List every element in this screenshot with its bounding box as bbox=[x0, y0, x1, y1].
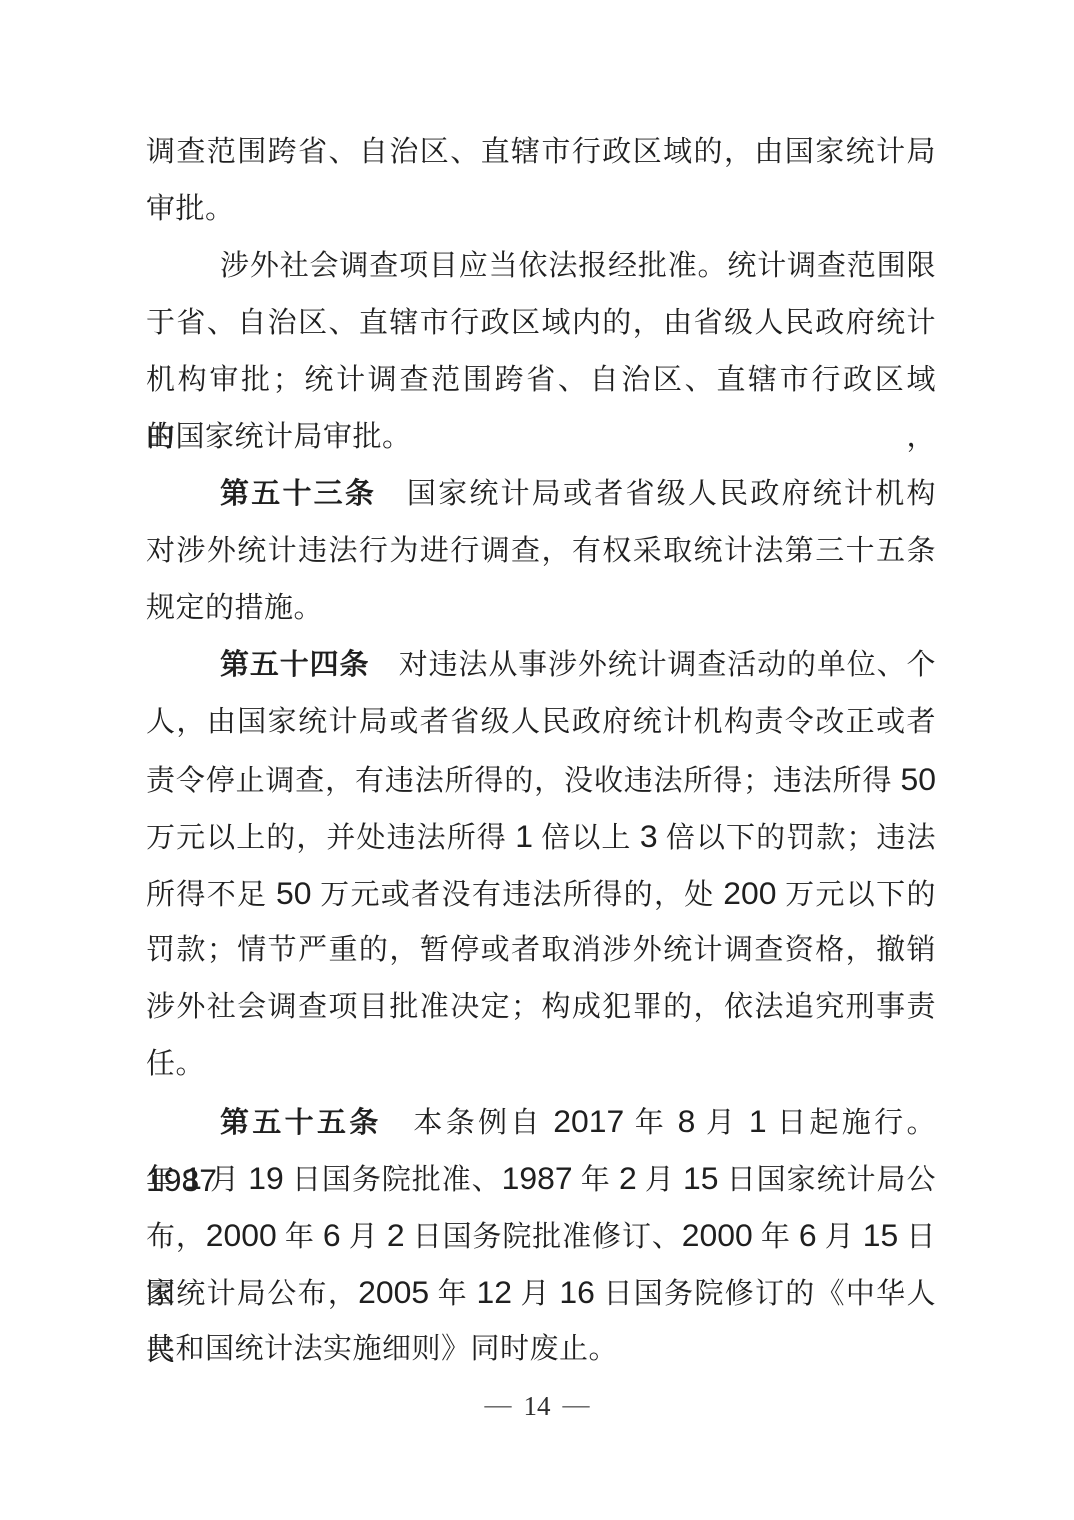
numeral: 2 bbox=[619, 1160, 637, 1196]
article-number: 第五十五条 bbox=[220, 1107, 382, 1139]
text-line: 第五十四条对违法从事涉外统计调查活动的单位、个 bbox=[146, 637, 936, 694]
numeral: 3 bbox=[640, 818, 658, 854]
text-block: 调查范围跨省、自治区、直辖市行政区域的，由国家统计局审批。涉外社会调查项目应当依… bbox=[146, 124, 936, 1378]
text-line: 责令停止调查，有违法所得的，没收违法所得；违法所得 50 bbox=[146, 751, 936, 808]
text-line: 布，2000 年 6 月 2 日国务院批准修订、2000 年 6 月 15 日国 bbox=[146, 1207, 936, 1264]
numeral: 19 bbox=[248, 1160, 283, 1196]
text-line: 第五十三条国家统计局或者省级人民政府统计机构 bbox=[146, 466, 936, 523]
text-line: 机构审批；统计调查范围跨省、自治区、直辖市行政区域的， bbox=[146, 352, 936, 409]
article-number: 第五十四条 bbox=[220, 649, 369, 681]
numeral: 200 bbox=[723, 875, 776, 911]
text-line: 规定的措施。 bbox=[146, 580, 936, 637]
numeral: 8 bbox=[678, 1103, 696, 1139]
text-line: 任。 bbox=[146, 1036, 936, 1093]
numeral: 1 bbox=[184, 1160, 202, 1196]
text-line: 罚款；情节严重的，暂停或者取消涉外统计调查资格，撤销 bbox=[146, 922, 936, 979]
text-line: 家统计局公布，2005 年 12 月 16 日国务院修订的《中华人民 bbox=[146, 1264, 936, 1321]
numeral: 6 bbox=[323, 1217, 341, 1253]
numeral: 6 bbox=[799, 1217, 817, 1253]
page-number: 14 bbox=[524, 1391, 551, 1421]
article-number: 第五十三条 bbox=[220, 478, 376, 510]
page-footer: —14— bbox=[0, 1386, 1074, 1426]
text-line: 共和国统计法实施细则》同时废止。 bbox=[146, 1321, 936, 1378]
text-line: 调查范围跨省、自治区、直辖市行政区域的，由国家统计局 bbox=[146, 124, 936, 181]
numeral: 16 bbox=[559, 1274, 594, 1310]
text-line: 万元以上的，并处违法所得 1 倍以上 3 倍以下的罚款；违法 bbox=[146, 808, 936, 865]
footer-dash-left: — bbox=[485, 1389, 512, 1419]
numeral: 2000 bbox=[682, 1217, 753, 1253]
numeral: 15 bbox=[683, 1160, 718, 1196]
text-line: 对涉外统计违法行为进行调查，有权采取统计法第三十五条 bbox=[146, 523, 936, 580]
numeral: 1 bbox=[749, 1103, 767, 1139]
numeral: 50 bbox=[901, 761, 936, 797]
text-line: 第五十五条本条例自 2017 年 8 月 1 日起施行。1987 bbox=[146, 1093, 936, 1150]
numeral: 2017 bbox=[553, 1103, 624, 1139]
numeral: 2 bbox=[387, 1217, 405, 1253]
text-line: 涉外社会调查项目应当依法报经批准。统计调查范围限 bbox=[146, 238, 936, 295]
text-line: 于省、自治区、直辖市行政区域内的，由省级人民政府统计 bbox=[146, 295, 936, 352]
text-line: 涉外社会调查项目批准决定；构成犯罪的，依法追究刑事责 bbox=[146, 979, 936, 1036]
text-line: 审批。 bbox=[146, 181, 936, 238]
footer-dash-right: — bbox=[563, 1389, 590, 1419]
numeral: 1987 bbox=[502, 1160, 573, 1196]
numeral: 2000 bbox=[206, 1217, 277, 1253]
numeral: 12 bbox=[477, 1274, 512, 1310]
document-page: 调查范围跨省、自治区、直辖市行政区域的，由国家统计局审批。涉外社会调查项目应当依… bbox=[0, 0, 1074, 1520]
text-line: 所得不足 50 万元或者没有违法所得的，处 200 万元以下的 bbox=[146, 865, 936, 922]
text-line: 年 1 月 19 日国务院批准、1987 年 2 月 15 日国家统计局公 bbox=[146, 1150, 936, 1207]
numeral: 15 bbox=[863, 1217, 898, 1253]
numeral: 50 bbox=[276, 875, 311, 911]
numeral: 2005 bbox=[358, 1274, 429, 1310]
text-line: 人，由国家统计局或者省级人民政府统计机构责令改正或者 bbox=[146, 694, 936, 751]
numeral: 1 bbox=[515, 818, 533, 854]
